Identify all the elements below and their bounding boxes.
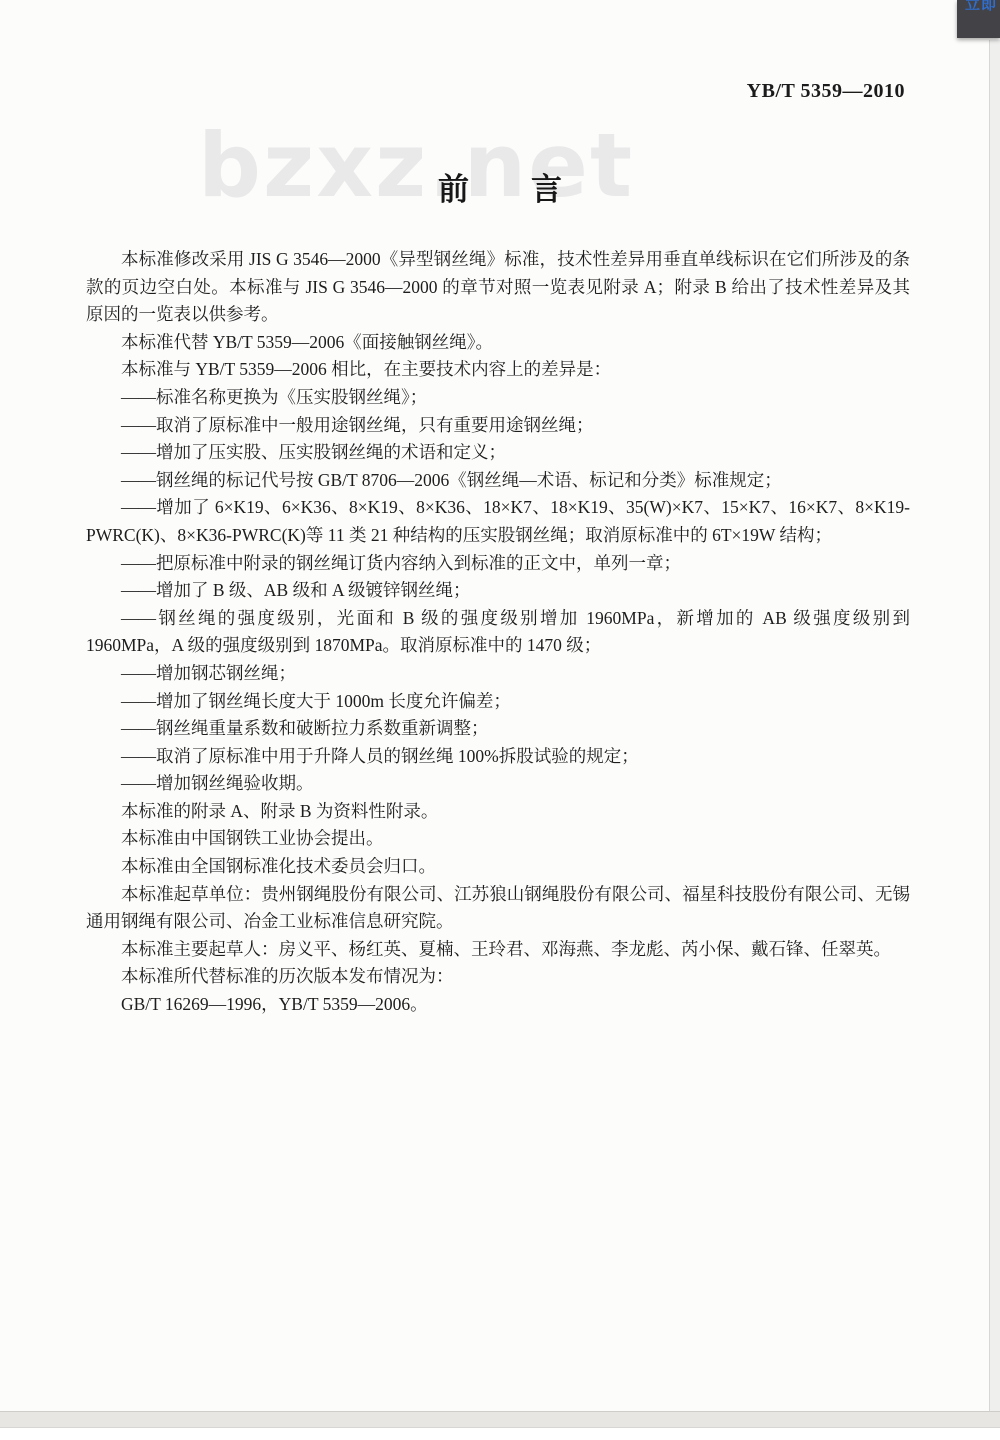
paragraph: GB/T 16269—1996，YB/T 5359—2006。 bbox=[86, 991, 910, 1019]
content: 本标准修改采用 JIS G 3546—2000《异型钢丝绳》标准，技术性差异用垂… bbox=[86, 246, 910, 1019]
page-separator-band bbox=[0, 1411, 1000, 1428]
paragraph: ——标准名称更换为《压实股钢丝绳》； bbox=[86, 384, 910, 412]
paragraph: 本标准由中国钢铁工业协会提出。 bbox=[86, 825, 910, 853]
corner-overlay-button[interactable]: 立即 bbox=[957, 0, 1000, 38]
standard-number: YB/T 5359—2010 bbox=[747, 80, 905, 103]
paragraph: 本标准起草单位：贵州钢绳股份有限公司、江苏狼山钢绳股份有限公司、福星科技股份有限… bbox=[86, 881, 910, 936]
paragraph: 本标准与 YB/T 5359—2006 相比，在主要技术内容上的差异是： bbox=[86, 356, 910, 384]
paragraph: 本标准代替 YB/T 5359—2006《面接触钢丝绳》。 bbox=[86, 329, 910, 357]
paragraph: 本标准修改采用 JIS G 3546—2000《异型钢丝绳》标准，技术性差异用垂… bbox=[86, 246, 910, 329]
page-edge-gutter bbox=[989, 40, 1000, 1412]
next-page-top bbox=[0, 1428, 1000, 1440]
paragraph: 本标准主要起草人：房义平、杨红英、夏楠、王玲君、邓海燕、李龙彪、芮小保、戴石锋、… bbox=[86, 936, 910, 964]
paragraph: 本标准所代替标准的历次版本发布情况为： bbox=[86, 963, 910, 991]
paragraph: ——增加钢丝绳验收期。 bbox=[86, 770, 910, 798]
paragraph: ——钢丝绳重量系数和破断拉力系数重新调整； bbox=[86, 715, 910, 743]
paragraph: ——取消了原标准中用于升降人员的钢丝绳 100%拆股试验的规定； bbox=[86, 743, 910, 771]
paragraph: ——钢丝绳的强度级别，光面和 B 级的强度级别增加 1960MPa，新增加的 A… bbox=[86, 605, 910, 660]
paragraph: ——增加了压实股、压实股钢丝绳的术语和定义； bbox=[86, 439, 910, 467]
paragraph: ——增加了 B 级、AB 级和 A 级镀锌钢丝绳； bbox=[86, 577, 910, 605]
paragraph: ——增加了钢丝绳长度大于 1000m 长度允许偏差； bbox=[86, 688, 910, 716]
paragraph: ——增加了 6×K19、6×K36、8×K19、8×K36、18×K7、18×K… bbox=[86, 494, 910, 549]
paragraph: ——钢丝绳的标记代号按 GB/T 8706—2006《钢丝绳—术语、标记和分类》… bbox=[86, 467, 910, 495]
document-page: 立即 YB/T 5359—2010 bzxz.net 前 言 本标准修改采用 J… bbox=[0, 0, 1000, 1440]
page-title: 前 言 bbox=[0, 164, 1000, 209]
paragraph: 本标准的附录 A、附录 B 为资料性附录。 bbox=[86, 798, 910, 826]
paragraph: 本标准由全国钢标准化技术委员会归口。 bbox=[86, 853, 910, 881]
paragraph: ——取消了原标准中一般用途钢丝绳，只有重要用途钢丝绳； bbox=[86, 412, 910, 440]
paragraph: ——把原标准中附录的钢丝绳订货内容纳入到标准的正文中，单列一章； bbox=[86, 550, 910, 578]
paragraph: ——增加钢芯钢丝绳； bbox=[86, 660, 910, 688]
corner-button-label[interactable]: 立即 bbox=[965, 0, 997, 14]
